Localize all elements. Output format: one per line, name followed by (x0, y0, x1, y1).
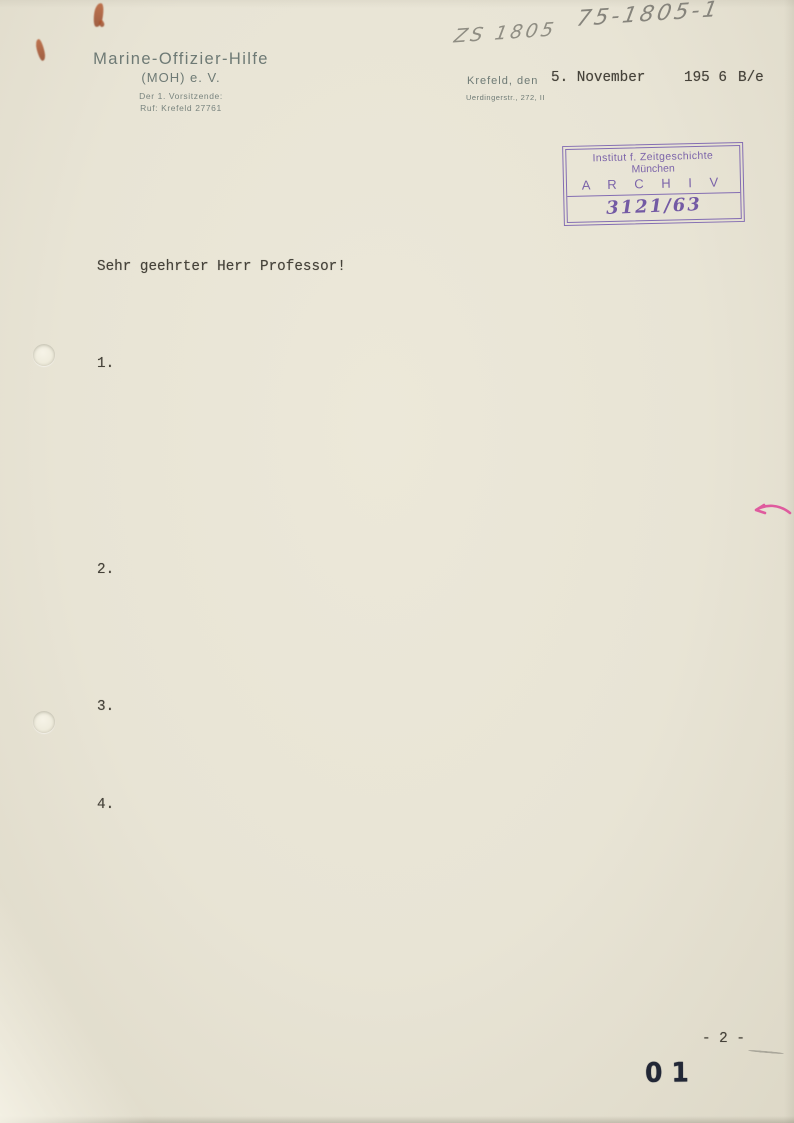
paragraph-number: 4. (97, 797, 123, 814)
dateline-date: 5. November (551, 70, 645, 87)
dateline-ref: B/e (738, 70, 764, 87)
letterhead: Marine-Offizier-Hilfe (MOH) e. V. Der 1.… (48, 50, 314, 113)
numbered-paragraph-1: 1. (97, 356, 123, 373)
punch-hole-top (33, 344, 55, 366)
dateline-year: 195 6 (684, 70, 727, 87)
page-stamp-01: 01 (645, 1057, 698, 1089)
pencil-swoosh (748, 1049, 784, 1054)
scanned-letter-page: Marine-Offizier-Hilfe (MOH) e. V. Der 1.… (0, 0, 794, 1123)
org-phone-line: Ruf: Krefeld 27761 (48, 103, 314, 113)
rust-mark-top-dot (98, 19, 105, 27)
org-abbreviation: (MOH) e. V. (48, 70, 314, 85)
pencil-note-signature: 75-1805-1 (575, 0, 722, 32)
dateline-street: Uerdingerstr., 272, II (466, 93, 545, 102)
pencil-note-zs: ZS 1805 (452, 19, 558, 48)
numbered-paragraph-4: 4. (97, 797, 123, 814)
stamp-line-archiv: A R C H I V (570, 174, 737, 193)
paragraph-number: 3. (97, 699, 123, 716)
rust-mark-left (34, 38, 46, 61)
archive-stamp-frame: Institut f. Zeitgeschichte München A R C… (562, 142, 745, 226)
paragraph-number: 2. (97, 562, 123, 579)
paragraph-number: 1. (97, 356, 123, 373)
salutation: Sehr geehrter Herr Professor! (97, 259, 346, 276)
pink-arrow-icon (752, 499, 792, 526)
org-role-line: Der 1. Vorsitzende: (48, 91, 314, 101)
numbered-paragraph-2: 2. (97, 562, 123, 579)
dateline-place: Krefeld, den (467, 75, 538, 87)
archive-stamp: Institut f. Zeitgeschichte München A R C… (562, 142, 745, 226)
page-number: - 2 - (702, 1031, 745, 1048)
org-name: Marine-Offizier-Hilfe (48, 50, 314, 69)
numbered-paragraph-3: 3. (97, 699, 123, 716)
punch-hole-bottom (33, 711, 55, 733)
